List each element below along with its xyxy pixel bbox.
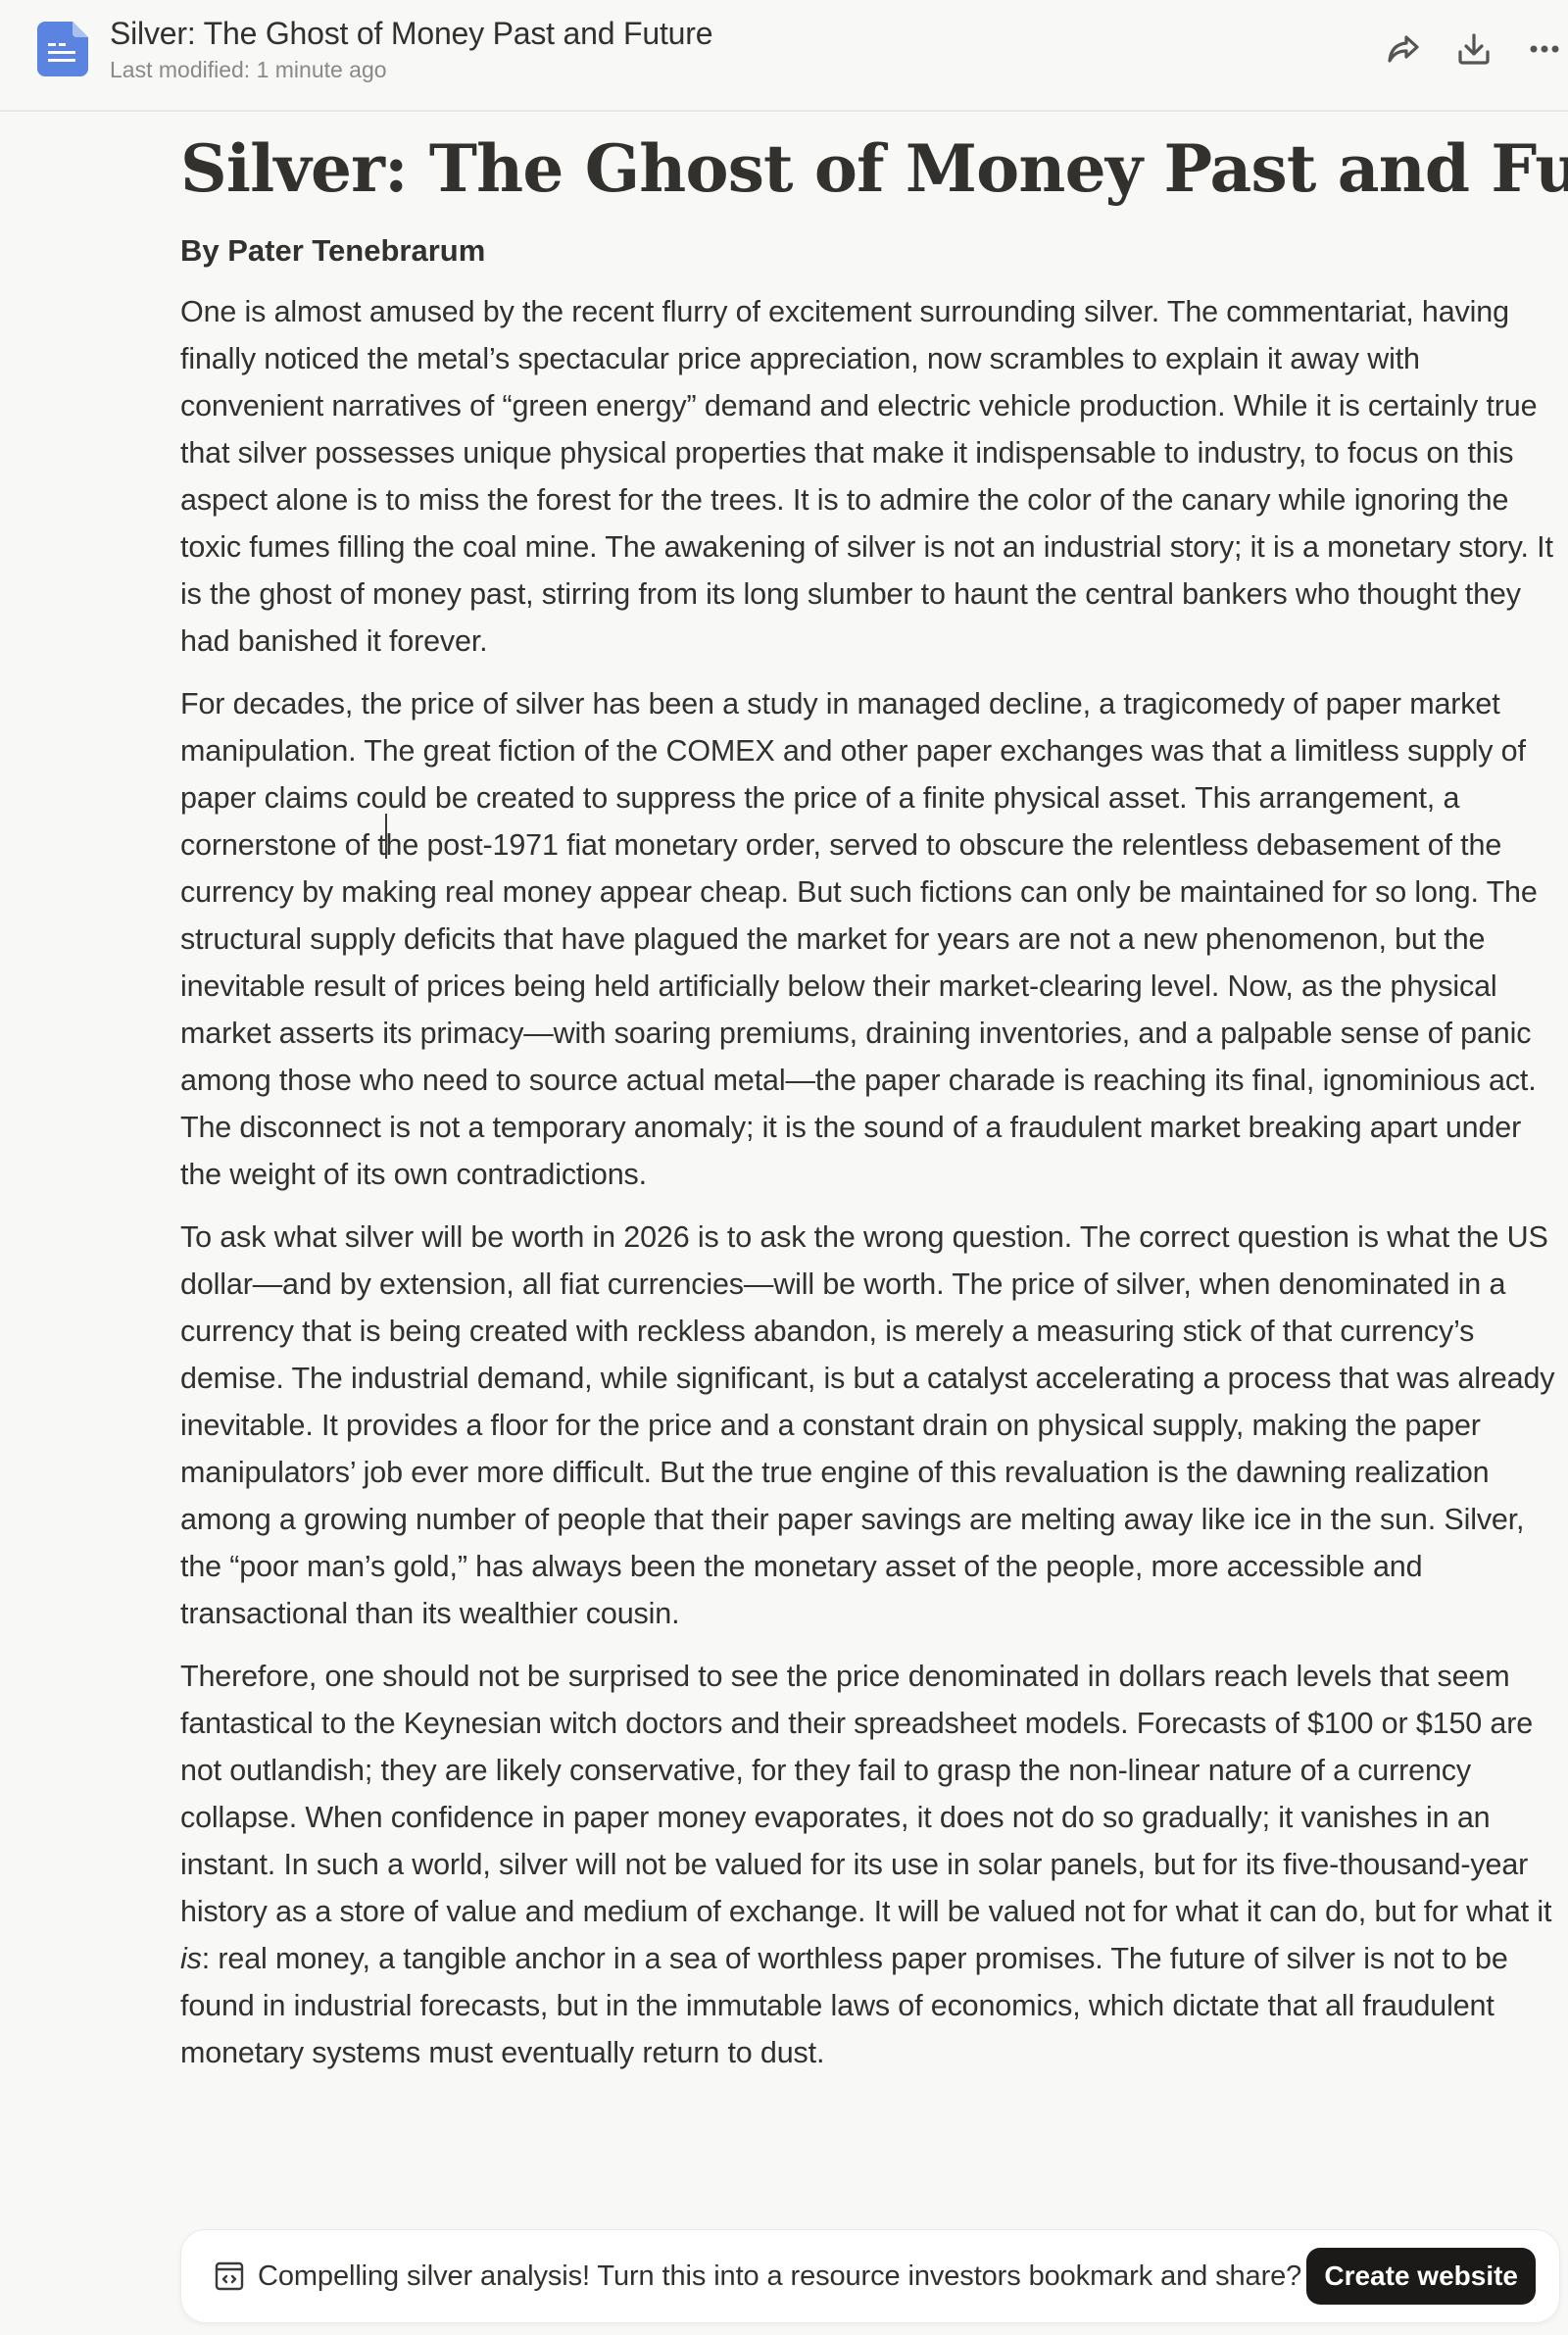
download-icon: [1457, 32, 1491, 66]
code-window-icon: [215, 2261, 244, 2291]
paragraph-4-part-2: : real money, a tangible anchor in a sea…: [180, 1942, 1508, 2069]
last-modified: Last modified: 1 minute ago: [110, 55, 387, 84]
create-website-banner: Compelling silver analysis! Turn this in…: [180, 2229, 1560, 2323]
text-cursor-ibeam: [385, 814, 387, 859]
document-icon: [37, 22, 88, 76]
byline: By Pater Tenebrarum: [180, 231, 1562, 271]
paragraph-4-part-1: Therefore, one should not be surprised t…: [180, 1660, 1551, 1928]
header-title: Silver: The Ghost of Money Past and Futu…: [110, 14, 712, 53]
share-icon: [1386, 33, 1421, 65]
share-button[interactable]: [1380, 25, 1427, 73]
emphasis-is: is: [180, 1942, 202, 1975]
more-button[interactable]: [1521, 25, 1568, 73]
header-actions: [1356, 25, 1568, 73]
document-body[interactable]: Silver: The Ghost of Money Past and Futu…: [180, 112, 1562, 2076]
paragraph-1: One is almost amused by the recent flurr…: [180, 288, 1562, 665]
document-title: Silver: The Ghost of Money Past and Futu…: [180, 127, 1562, 210]
document-header: Silver: The Ghost of Money Past and Futu…: [0, 0, 1568, 112]
create-website-button[interactable]: Create website: [1306, 2248, 1536, 2305]
more-icon: [1529, 44, 1560, 54]
paragraph-2: For decades, the price of silver has bee…: [180, 680, 1562, 1198]
download-button[interactable]: [1450, 25, 1497, 73]
paragraph-4: Therefore, one should not be surprised t…: [180, 1653, 1562, 2076]
paragraph-3: To ask what silver will be worth in 2026…: [180, 1214, 1562, 1637]
banner-message: Compelling silver analysis! Turn this in…: [258, 2260, 1306, 2293]
